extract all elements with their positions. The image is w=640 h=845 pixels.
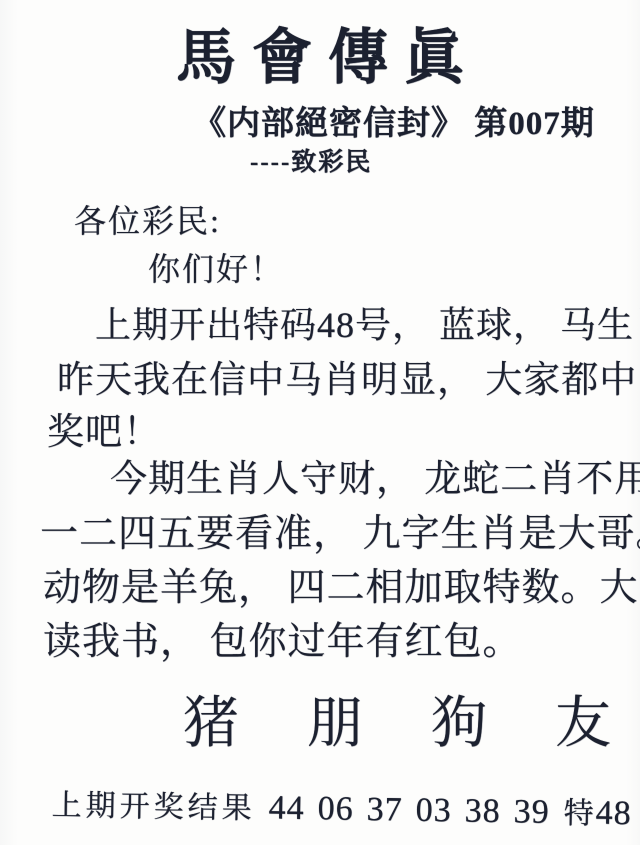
body-line-current-tip-2: 一二四五要看准， 九字生肖是大哥。吃草 [40, 512, 640, 556]
body-line-closing: 读我书， 包你过年有红包。 [43, 620, 522, 664]
greeting: 你们好！ [148, 249, 284, 289]
result-number-3: 37 [366, 791, 403, 829]
zodiac-phrase: 猪 朋 狗 友 [183, 690, 638, 758]
body-line-previous-draw: 上期开出特码48号， 蓝球， 马生肖。 [95, 303, 640, 347]
result-number-1: 44 [268, 789, 305, 827]
salutation: 各位彩民: [74, 201, 221, 241]
result-number-5: 38 [464, 792, 501, 830]
previous-draw-results: 上期开奖结果440637033839特48 [51, 786, 632, 834]
result-number-4: 03 [415, 792, 452, 830]
body-line-prize: 奖吧！ [47, 411, 161, 455]
results-label: 上期开奖结果 [51, 789, 255, 825]
issue-subtitle: 《内部絕密信封》 第007期 [193, 103, 595, 145]
body-line-current-tip-3: 动物是羊兔， 四二相加取特数。大家认真 [43, 566, 640, 610]
body-line-current-tip-1: 今期生肖人守财， 龙蛇二肖不用买。 [110, 458, 640, 502]
result-number-6: 39 [513, 793, 550, 831]
body-line-yesterday-hint: 昨天我在信中马肖明显， 大家都中了大 [57, 359, 640, 403]
scanned-fax-letter: 馬會傳眞 《内部絕密信封》 第007期 ----致彩民 各位彩民: 你们好！ 上… [0, 0, 640, 845]
special-number-label: 特 [563, 797, 594, 830]
dedication-line: ----致彩民 [250, 148, 372, 178]
result-number-2: 06 [317, 790, 354, 828]
page-title: 馬會傳眞 [0, 24, 640, 92]
special-number: 48 [595, 795, 632, 833]
